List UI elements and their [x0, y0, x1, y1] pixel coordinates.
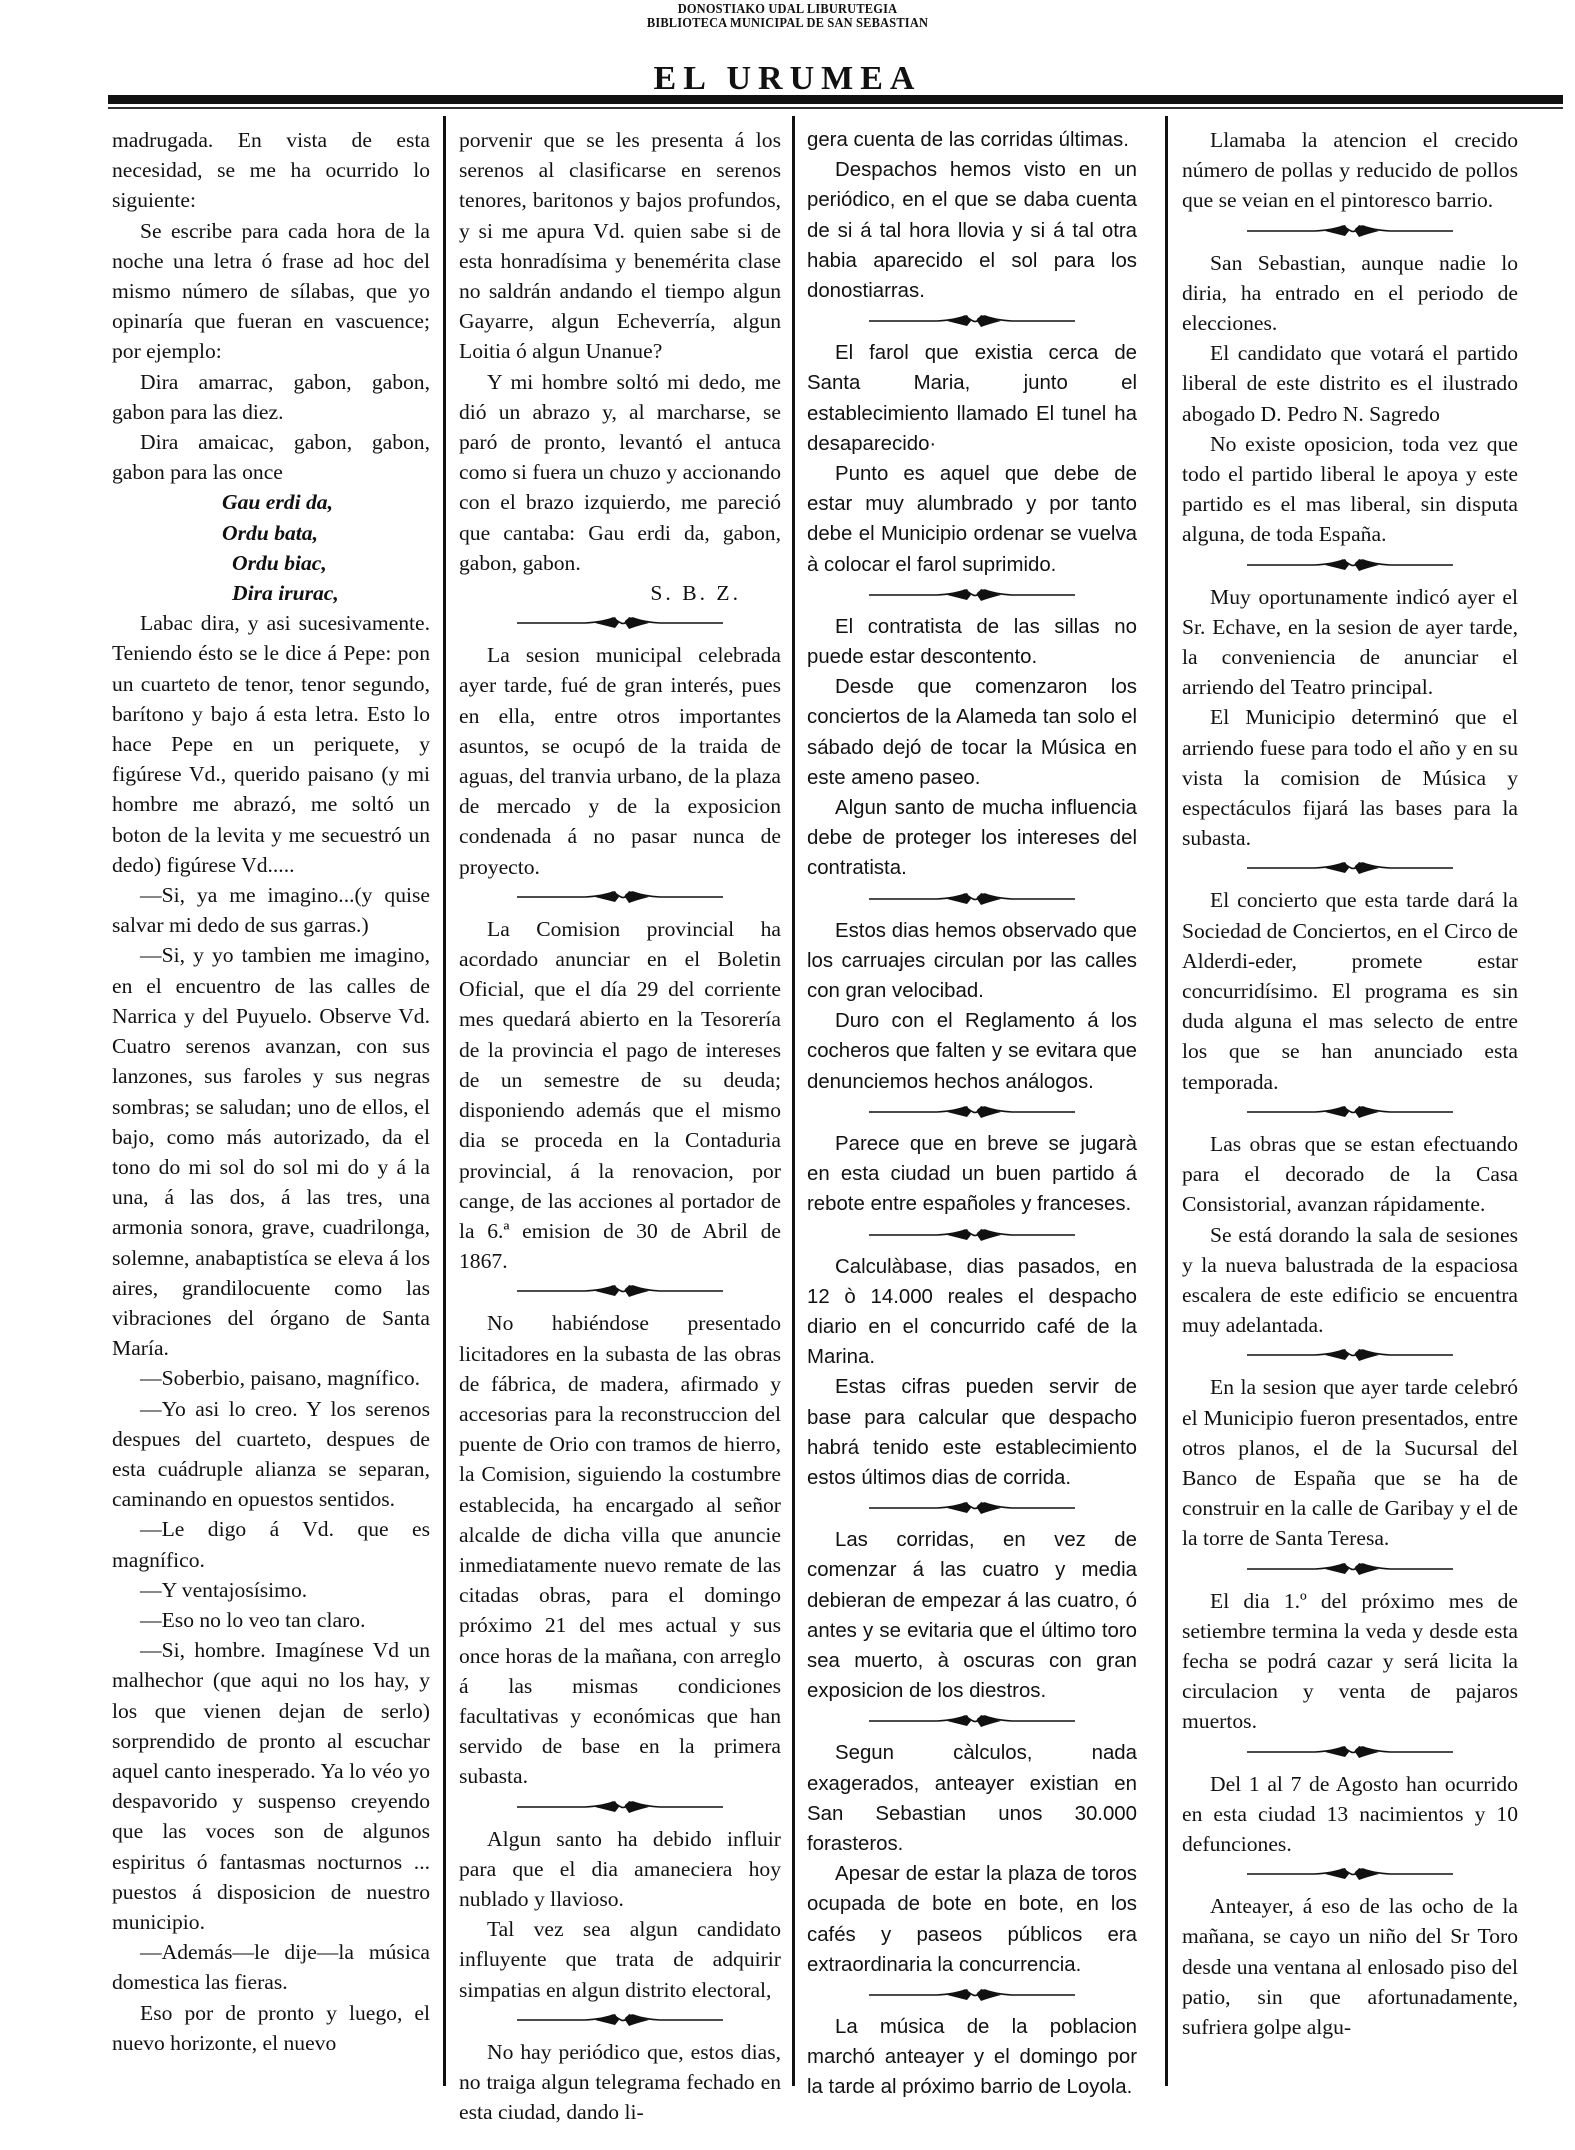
- news-paragraph: El concierto que esta tarde dará la Soci…: [1182, 885, 1518, 1096]
- fleuron-divider-icon: [1245, 1103, 1455, 1121]
- news-paragraph: —Y ventajosísimo.: [112, 1575, 430, 1605]
- news-paragraph: —Si, y yo tambien me imagino, en el encu…: [112, 940, 430, 1363]
- news-paragraph: Duro con el Reglamento á los cocheros qu…: [807, 1006, 1137, 1097]
- fleuron-divider-icon: [867, 586, 1077, 604]
- news-paragraph: Desde que comenzaron los conciertos de l…: [807, 672, 1137, 793]
- column-divider-2: [792, 116, 795, 2086]
- column-2: porvenir que se les presenta á los seren…: [459, 125, 781, 2127]
- news-paragraph: Segun càlculos, nada exagerados, anteaye…: [807, 1738, 1137, 1859]
- verse-line: Ordu biac,: [112, 548, 430, 578]
- news-paragraph: El Municipio determinó que el arriendo f…: [1182, 702, 1518, 853]
- fleuron-divider-icon: [867, 890, 1077, 908]
- fleuron-divider-icon: [515, 1798, 725, 1816]
- news-paragraph: Dira amaicac, gabon, gabon, gabon para l…: [112, 427, 430, 487]
- fleuron-divider-icon: [515, 614, 725, 632]
- fleuron-divider-icon: [867, 1226, 1077, 1244]
- fleuron-divider-icon: [1245, 1743, 1455, 1761]
- archive-header-basque: DONOSTIAKO UDAL LIBURUTEGIA: [63, 2, 1512, 16]
- fleuron-divider-icon: [1245, 556, 1455, 574]
- fleuron-divider-icon: [515, 2011, 725, 2029]
- news-paragraph: Muy oportunamente indicó ayer el Sr. Ech…: [1182, 582, 1518, 703]
- verse-line: Gau erdi da,: [112, 487, 430, 517]
- news-paragraph: La música de la poblacion marchó anteaye…: [807, 2012, 1137, 2103]
- news-paragraph: —Si, ya me imagino...(y quise salvar mi …: [112, 880, 430, 940]
- column-3: gera cuenta de las corridas últimas.Desp…: [807, 125, 1137, 2103]
- news-paragraph: En la sesion que ayer tarde celebró el M…: [1182, 1372, 1518, 1553]
- news-paragraph: —Le digo á Vd. que es magnífico.: [112, 1514, 430, 1574]
- verse-block: Gau erdi da,Ordu bata,Ordu biac,Dira iru…: [112, 487, 430, 608]
- news-paragraph: No hay periódico que, estos dias, no tra…: [459, 2037, 781, 2128]
- news-paragraph: Tal vez sea algun candidato influyente q…: [459, 1914, 781, 2005]
- continued-paragraph: gera cuenta de las corridas últimas.: [807, 125, 1137, 155]
- fleuron-divider-icon: [867, 1986, 1077, 2004]
- news-paragraph: No existe oposicion, toda vez que todo e…: [1182, 429, 1518, 550]
- fleuron-divider-icon: [1245, 222, 1455, 240]
- news-paragraph: Estos dias hemos observado que los carru…: [807, 916, 1137, 1007]
- column-1: madrugada. En vista de esta necesidad, s…: [112, 125, 430, 2058]
- news-paragraph: Labac dira, y asi sucesivamente. Teniend…: [112, 608, 430, 880]
- news-paragraph: —Además—le dije—la música domestica las …: [112, 1937, 430, 1997]
- news-paragraph: Las obras que se estan efectuando para e…: [1182, 1129, 1518, 1220]
- news-paragraph: —Eso no lo veo tan claro.: [112, 1605, 430, 1635]
- fleuron-divider-icon: [1245, 859, 1455, 877]
- news-paragraph: El contratista de las sillas no puede es…: [807, 612, 1137, 672]
- fleuron-divider-icon: [867, 1103, 1077, 1121]
- archive-header-spanish: BIBLIOTECA MUNICIPAL DE SAN SEBASTIAN: [63, 16, 1512, 30]
- news-paragraph: El candidato que votará el partido liber…: [1182, 338, 1518, 429]
- news-paragraph: Las corridas, en vez de comenzar á las c…: [807, 1525, 1137, 1706]
- continued-paragraph: porvenir que se les presenta á los seren…: [459, 125, 781, 367]
- verse-line: Dira irurac,: [112, 578, 430, 608]
- fleuron-divider-icon: [1245, 1346, 1455, 1364]
- fleuron-divider-icon: [1245, 1865, 1455, 1883]
- masthead-thick-rule: [108, 95, 1563, 104]
- news-paragraph: Se escribe para cada hora de la noche un…: [112, 216, 430, 367]
- news-paragraph: La sesion municipal celebrada ayer tarde…: [459, 640, 781, 882]
- news-paragraph: Estas cifras pueden servir de base para …: [807, 1372, 1137, 1493]
- news-paragraph: El dia 1.º del próximo mes de setiembre …: [1182, 1586, 1518, 1737]
- news-paragraph: Punto es aquel que debe de estar muy alu…: [807, 459, 1137, 580]
- news-paragraph: Y mi hombre soltó mi dedo, me dió un abr…: [459, 367, 781, 578]
- news-paragraph: Apesar de estar la plaza de toros ocupad…: [807, 1859, 1137, 1980]
- news-paragraph: Del 1 al 7 de Agosto han ocurrido en est…: [1182, 1769, 1518, 1860]
- newspaper-masthead: EL URUMEA: [0, 62, 1575, 96]
- continued-paragraph: madrugada. En vista de esta necesidad, s…: [112, 125, 430, 216]
- column-4: Llamaba la atencion el crecido número de…: [1182, 125, 1518, 2042]
- news-paragraph: Dira amarrac, gabon, gabon, gabon para l…: [112, 367, 430, 427]
- column-divider-1: [443, 116, 446, 2086]
- news-paragraph: Eso por de pronto y luego, el nuevo hori…: [112, 1998, 430, 2058]
- news-paragraph: Algun santo ha debido influir para que e…: [459, 1824, 781, 1915]
- fleuron-divider-icon: [1245, 1560, 1455, 1578]
- news-paragraph: No habiéndose presentado licitadores en …: [459, 1308, 781, 1791]
- news-paragraph: —Soberbio, paisano, magnífico.: [112, 1363, 430, 1393]
- verse-line: Ordu bata,: [112, 518, 430, 548]
- author-signature: S. B. Z.: [459, 578, 781, 608]
- news-paragraph: Se está dorando la sala de sesiones y la…: [1182, 1220, 1518, 1341]
- fleuron-divider-icon: [867, 312, 1077, 330]
- news-paragraph: Parece que en breve se jugarà en esta ci…: [807, 1129, 1137, 1220]
- news-paragraph: La Comision provincial ha acordado anunc…: [459, 914, 781, 1276]
- news-paragraph: Llamaba la atencion el crecido número de…: [1182, 125, 1518, 216]
- column-divider-3: [1165, 116, 1168, 2086]
- news-paragraph: San Sebastian, aunque nadie lo diria, ha…: [1182, 248, 1518, 339]
- news-paragraph: Calculàbase, dias pasados, en 12 ò 14.00…: [807, 1252, 1137, 1373]
- masthead-thin-rule: [108, 107, 1563, 109]
- fleuron-divider-icon: [515, 1282, 725, 1300]
- news-paragraph: Algun santo de mucha influencia debe de …: [807, 793, 1137, 884]
- news-paragraph: Anteayer, á eso de las ocho de la mañana…: [1182, 1891, 1518, 2042]
- news-paragraph: —Si, hombre. Imagínese Vd un malhechor (…: [112, 1635, 430, 1937]
- news-paragraph: —Yo asi lo creo. Y los serenos despues d…: [112, 1394, 430, 1515]
- archive-header: DONOSTIAKO UDAL LIBURUTEGIA BIBLIOTECA M…: [63, 2, 1512, 30]
- fleuron-divider-icon: [515, 888, 725, 906]
- fleuron-divider-icon: [867, 1499, 1077, 1517]
- news-paragraph: Despachos hemos visto en un periódico, e…: [807, 155, 1137, 306]
- news-paragraph: El farol que existia cerca de Santa Mari…: [807, 338, 1137, 459]
- fleuron-divider-icon: [867, 1712, 1077, 1730]
